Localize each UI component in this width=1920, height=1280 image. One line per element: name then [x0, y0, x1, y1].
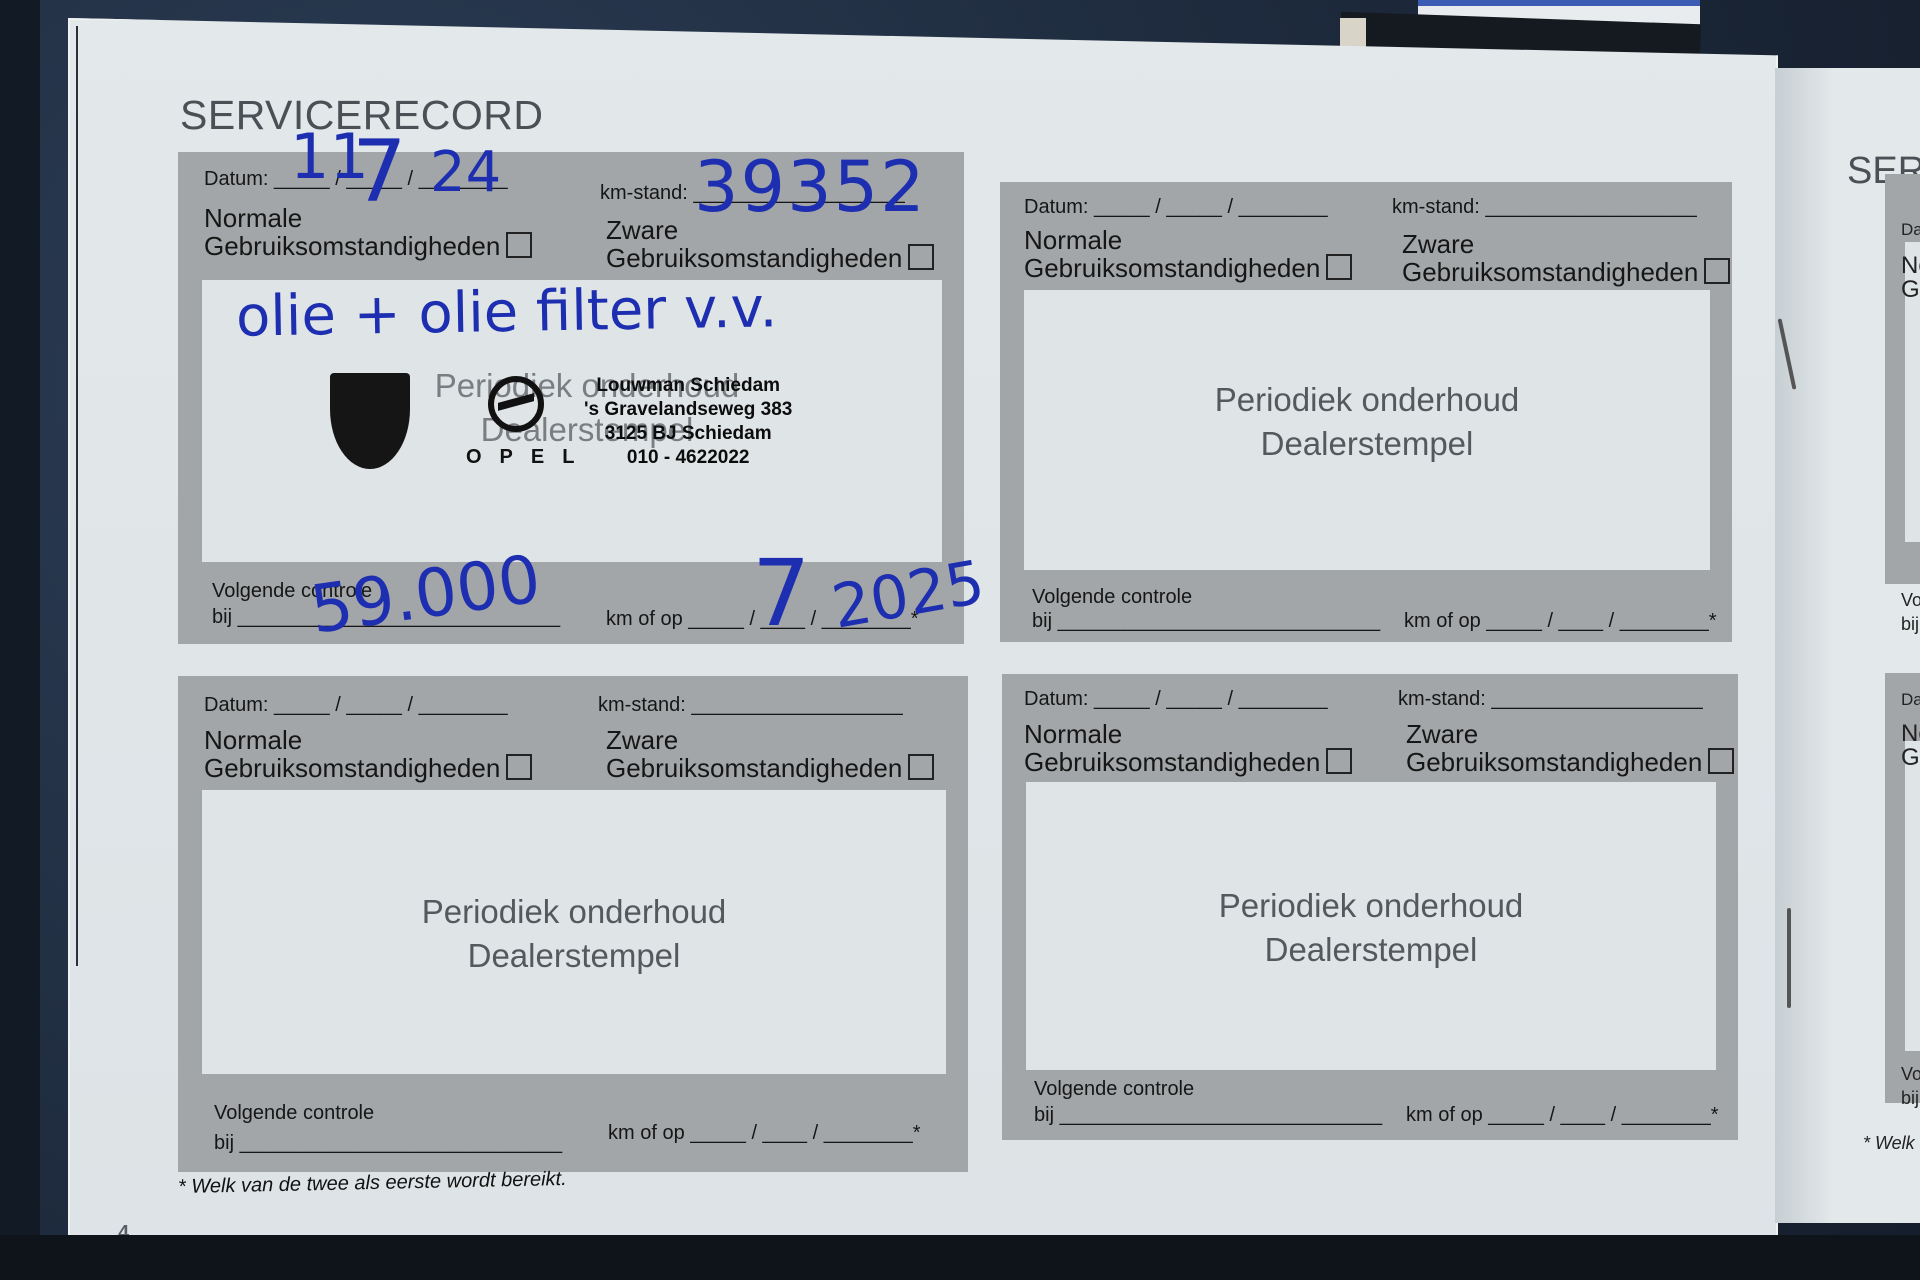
service-record-card-4: Datum: _____ / _____ / ________ km-stand… [1002, 674, 1738, 1140]
staple-top [1778, 318, 1797, 389]
heavy-use-label: ZwareGebruiksomstandigheden [1402, 230, 1730, 286]
date-label: Datum: _____ / _____ / ________ [1024, 196, 1328, 219]
heavy-use-checkbox[interactable] [1704, 258, 1730, 284]
normal-use-label: NormaleGebruiksomstandigheden [204, 726, 532, 782]
next-km-label: bij _____________________________ [1032, 610, 1380, 633]
handwritten-next-month: 7 [752, 540, 811, 647]
next-check-label: Volgende controle [214, 1102, 374, 1125]
km-stand-label: km-stand: ___________________ [598, 694, 903, 717]
dealer-stamp-area: Periodiek onderhoudDealerstempel [1026, 782, 1716, 1070]
dealer-stamp-area: Periodiek onderhoudDealerstempel [202, 790, 946, 1074]
next-km-label: bij _____________________________ [214, 1132, 562, 1155]
date-label: Datum: _____ / _____ / ________ [204, 694, 508, 717]
next-date-label: km of op _____ / ____ / ________* [1404, 610, 1716, 633]
heavy-use-checkbox[interactable] [908, 244, 934, 270]
peek-label: Datum [1901, 220, 1920, 240]
next-check-label: Volgende controle [1034, 1078, 1194, 1101]
peek-label: bij [1901, 1088, 1919, 1109]
binder-edge [0, 0, 40, 1280]
dealer-stamp: Louwman Schiedam 's Gravelandseweg 383 3… [584, 374, 792, 470]
next-km-label: bij _____________________________ [1034, 1104, 1382, 1127]
handwritten-date-month: 7 [352, 122, 407, 222]
normal-use-checkbox[interactable] [1326, 748, 1352, 774]
peek-label: Geb [1901, 276, 1920, 304]
opel-wordmark: OPEL [466, 446, 592, 469]
table-surface [0, 1235, 1920, 1280]
peek-label: bij [1901, 614, 1919, 635]
stamp-placeholder: Periodiek onderhoudDealerstempel [1026, 884, 1716, 972]
dealer-stamp-area: Periodiek onderhoudDealerstempel [1024, 290, 1710, 570]
date-label: Datum: _____ / _____ / ________ [1024, 688, 1328, 711]
handwritten-notes: olie + olie filter v.v. [235, 275, 777, 349]
heavy-use-checkbox[interactable] [1708, 748, 1734, 774]
normal-use-checkbox[interactable] [1326, 254, 1352, 280]
next-date-label: km of op _____ / ____ / ________* [1406, 1104, 1718, 1127]
opel-logo-icon [488, 376, 544, 432]
peek-label: Volg [1901, 590, 1920, 611]
stamp-placeholder: Periodiek onderhoudDealerstempel [202, 890, 946, 978]
staple-bottom [1787, 908, 1791, 1008]
heavy-use-label: ZwareGebruiksomstandigheden [606, 726, 934, 782]
heavy-use-checkbox[interactable] [908, 754, 934, 780]
peek-footnote: * Welk [1863, 1133, 1915, 1154]
peek-label: Vol [1901, 1064, 1920, 1085]
handwritten-km-stand: 39352 [694, 146, 927, 228]
service-record-card-2: Datum: _____ / _____ / ________ km-stand… [1000, 182, 1732, 642]
next-check-label: Volgende controle [1032, 586, 1192, 609]
km-stand-label: km-stand: ___________________ [1398, 688, 1703, 711]
next-date-label: km of op _____ / ____ / ________* [608, 1122, 920, 1145]
stamp-placeholder: Periodiek onderhoudDealerstempel [1024, 378, 1710, 466]
normal-use-label: NormaleGebruiksomstandigheden [1024, 720, 1352, 776]
heavy-use-label: ZwareGebruiksomstandigheden [1406, 720, 1734, 776]
service-record-card-3: Datum: _____ / _____ / ________ km-stand… [178, 676, 968, 1172]
normal-use-checkbox[interactable] [506, 754, 532, 780]
peek-label: Geb [1901, 744, 1920, 772]
km-stand-label: km-stand: ___________________ [1392, 196, 1697, 219]
normal-use-checkbox[interactable] [506, 232, 532, 258]
normal-use-label: NormaleGebruiksomstandigheden [1024, 226, 1352, 282]
handwritten-date-year: 24 [430, 140, 501, 205]
booklet-right-page: SER Datum Norr Geb Volg bij Datu Nor Geb… [1775, 68, 1920, 1223]
peek-label: Datu [1901, 690, 1920, 710]
